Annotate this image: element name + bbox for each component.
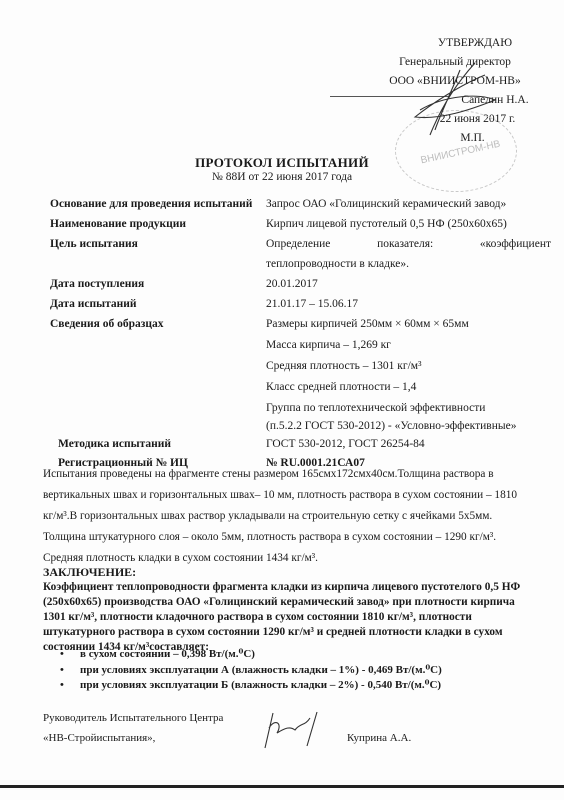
- field-label-product: Наименование продукции: [50, 216, 186, 232]
- result-condition-a: при условиях эксплуатации А (влажность к…: [60, 663, 442, 679]
- field-value-method: ГОСТ 530-2012, ГОСТ 26254-84: [266, 436, 551, 452]
- sample-density: Средняя плотность – 1301 кг/м³: [266, 358, 551, 374]
- conclusion-line: штукатурного раствора в сухом состоянии …: [43, 625, 551, 640]
- description-line: Толщина штукатурного слоя – около 5мм, п…: [43, 527, 551, 548]
- conclusion-line: 1301 кг/м³, плотности кладочного раствор…: [43, 610, 551, 625]
- field-label-received: Дата поступления: [50, 276, 144, 292]
- footer-position: Руководитель Испытательного Центра «НВ-С…: [43, 708, 223, 748]
- conclusion: ЗАКЛЮЧЕНИЕ: Коэффициент теплопроводности…: [43, 565, 551, 655]
- protocol-number: № 88И от 22 июня 2017 года: [0, 171, 564, 183]
- description-line: вертикальных швах и горизонтальных швах–…: [43, 485, 551, 506]
- page-bottom-edge: [0, 785, 564, 788]
- field-label-test-dates: Дата испытаний: [50, 296, 137, 312]
- result-dry: в сухом состоянии – 0,398 Вт/(м.⁰С): [60, 647, 442, 663]
- field-label-purpose: Цель испытания: [50, 236, 138, 252]
- field-value-product: Кирпич лицевой пустотелый 0,5 НФ (250x60…: [266, 216, 551, 232]
- footer-position-line1: Руководитель Испытательного Центра: [43, 708, 223, 728]
- field-label-method: Методика испытаний: [58, 436, 171, 452]
- footer-position-line2: «НВ-Стройиспытания»,: [43, 728, 223, 748]
- conclusion-line: Коэффициент теплопроводности фрагмента к…: [43, 580, 551, 595]
- result-condition-b: при условиях эксплуатации Б (влажность к…: [60, 678, 442, 694]
- sample-density-class: Класс средней плотности – 1,4: [266, 379, 551, 395]
- head-signature: [255, 708, 325, 753]
- field-label-samples: Сведения об образцах: [50, 316, 164, 332]
- description-line: кг/м³.В горизонтальных швах раствор укла…: [43, 506, 551, 527]
- protocol-heading: ПРОТОКОЛ ИСПЫТАНИЙ: [0, 155, 564, 171]
- field-value-basis: Запрос ОАО «Голицинский керамический зав…: [266, 196, 551, 212]
- director-signature: [400, 55, 510, 145]
- description-line: Испытания проведены на фрагменте стены р…: [43, 464, 551, 485]
- field-value-purpose-line2: теплопроводности в кладке».: [266, 256, 551, 272]
- sample-size: Размеры кирпичей 250мм × 60мм × 65мм: [266, 316, 551, 332]
- field-value-received: 20.01.2017: [266, 276, 551, 292]
- field-value-purpose-line1: Определение показателя: «коэффициент: [266, 236, 551, 252]
- sample-efficiency-group: Группа по теплотехнической эффективности: [266, 400, 551, 416]
- sample-efficiency-value: (п.5.2.2 ГОСТ 530-2012) - «Условно-эффек…: [266, 418, 551, 434]
- field-value-test-dates: 21.01.17 – 15.06.17: [266, 296, 551, 312]
- footer-signatory: Куприна А.А.: [347, 728, 411, 748]
- field-label-basis: Основание для проведения испытаний: [50, 196, 252, 212]
- results-list: в сухом состоянии – 0,398 Вт/(м.⁰С) при …: [60, 647, 442, 694]
- sample-mass: Масса кирпича – 1,269 кг: [266, 337, 551, 353]
- conclusion-line: (250x60x65) производства ОАО «Голицински…: [43, 595, 551, 610]
- approval-heading: УТВЕРЖДАЮ: [340, 34, 540, 53]
- document-title: ПРОТОКОЛ ИСПЫТАНИЙ № 88И от 22 июня 2017…: [0, 155, 564, 183]
- test-description: Испытания проведены на фрагменте стены р…: [43, 464, 551, 569]
- conclusion-heading: ЗАКЛЮЧЕНИЕ:: [43, 565, 551, 580]
